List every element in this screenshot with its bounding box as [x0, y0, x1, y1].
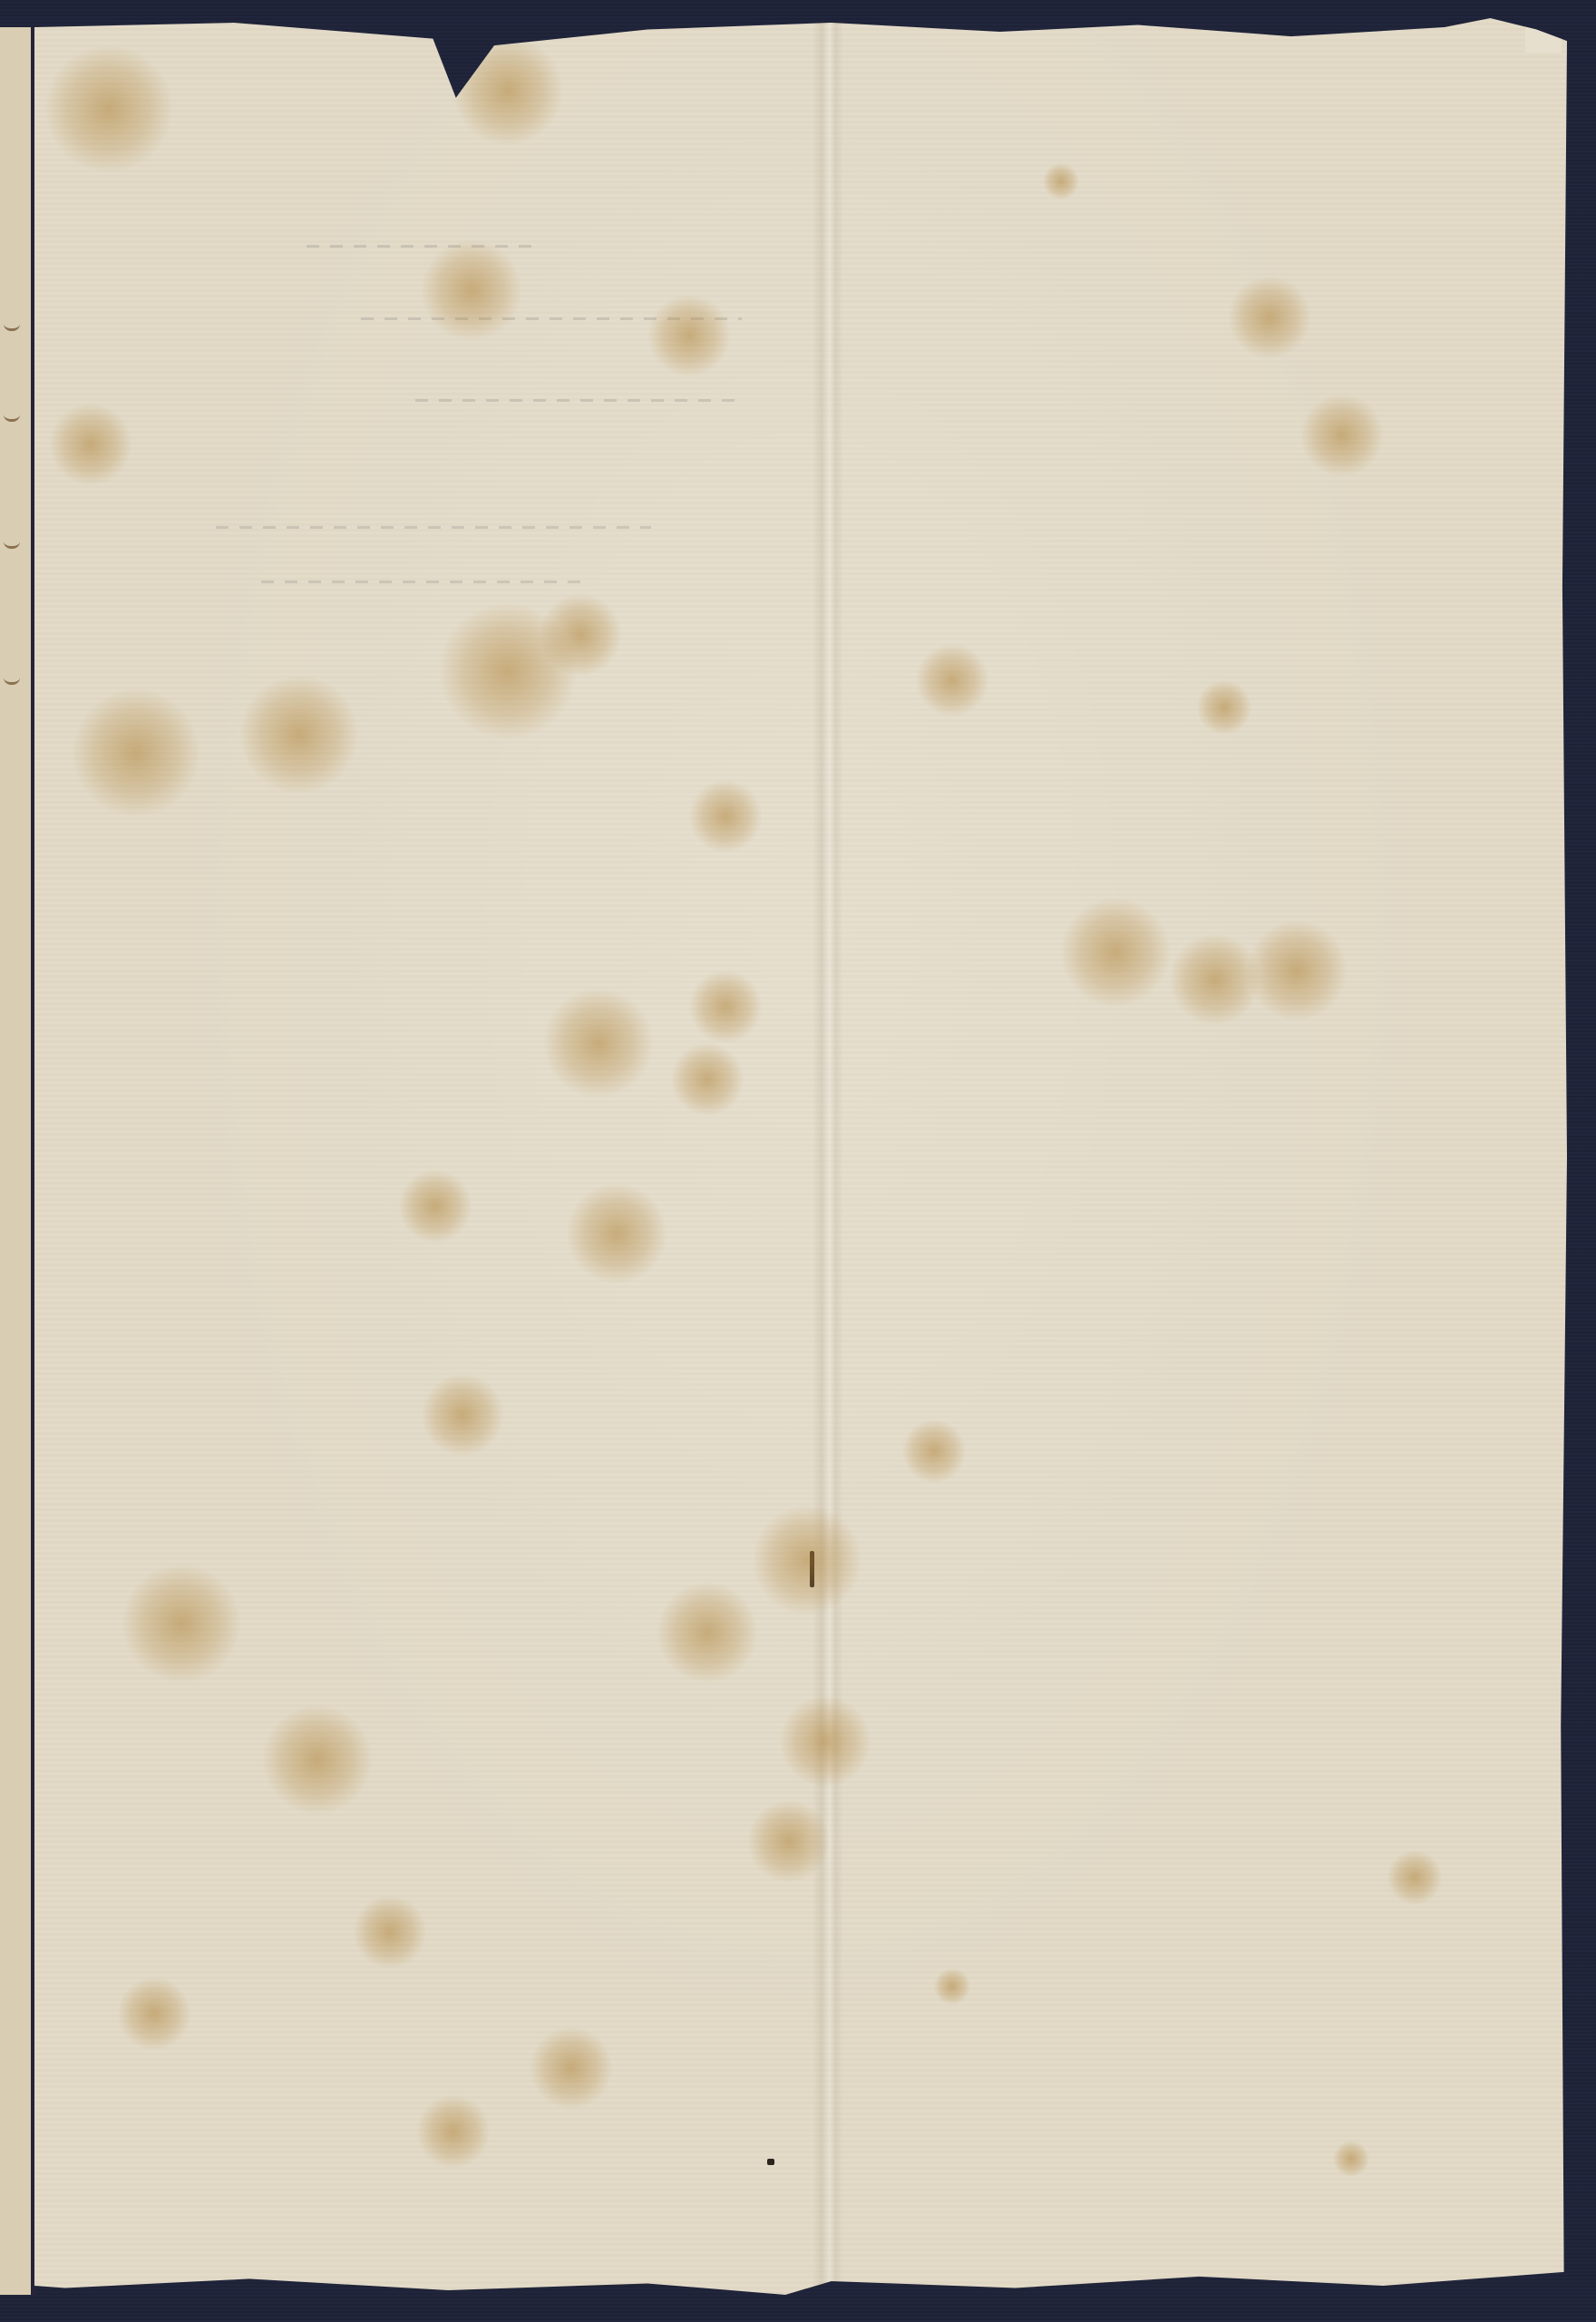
foxing-spot — [567, 1184, 667, 1283]
foxing-spot — [1387, 1850, 1442, 1905]
foxing-spot — [399, 1170, 472, 1243]
foxing-spot — [1197, 680, 1251, 735]
foxing-spot — [530, 2027, 612, 2109]
foxing-spot — [540, 594, 621, 676]
ink-mark — [4, 317, 20, 331]
foxing-spot — [45, 45, 172, 172]
bleed-through-line — [307, 245, 542, 248]
foxing-spot — [422, 240, 521, 340]
foxing-spot — [118, 1977, 190, 2050]
center-fold-crease — [813, 18, 843, 2295]
adjacent-leaf-edge — [0, 27, 36, 2295]
foxing-spot — [354, 1896, 426, 1968]
foxing-spot — [689, 971, 762, 1043]
bleed-through-line — [261, 580, 588, 583]
ink-mark — [4, 535, 20, 549]
foxing-spot — [1229, 277, 1310, 358]
foxing-spot — [1247, 921, 1347, 1020]
foxing-spot — [1301, 395, 1383, 476]
foxing-spot — [934, 1968, 970, 2005]
foxing-spot — [671, 1043, 744, 1116]
foxing-spot — [902, 1420, 966, 1483]
foxing-spot — [122, 1565, 240, 1683]
bleed-through-line — [216, 526, 651, 529]
foxing-spot — [73, 689, 199, 816]
manuscript-folio — [34, 18, 1567, 2295]
ink-mark — [4, 408, 20, 422]
foxing-spot — [648, 295, 730, 376]
foxing-spot — [50, 404, 131, 485]
foxing-spot — [263, 1705, 372, 1814]
foxing-spot — [916, 644, 988, 717]
ink-mark — [4, 671, 20, 685]
foxing-spot — [689, 780, 762, 853]
foxing-spot — [417, 2095, 490, 2168]
foxing-spot — [1061, 898, 1170, 1007]
foxing-spot — [748, 1800, 830, 1882]
ink-dot — [767, 2159, 774, 2165]
foxing-spot — [544, 989, 653, 1098]
foxing-spot — [753, 1506, 861, 1615]
foxing-spot — [780, 1696, 871, 1787]
foxing-spot — [240, 676, 358, 794]
foxing-spot — [1333, 2141, 1369, 2177]
bleed-through-line — [415, 399, 742, 402]
foxing-spot — [1043, 163, 1079, 200]
foxing-spot — [657, 1583, 757, 1683]
foxing-spot — [422, 1374, 503, 1456]
